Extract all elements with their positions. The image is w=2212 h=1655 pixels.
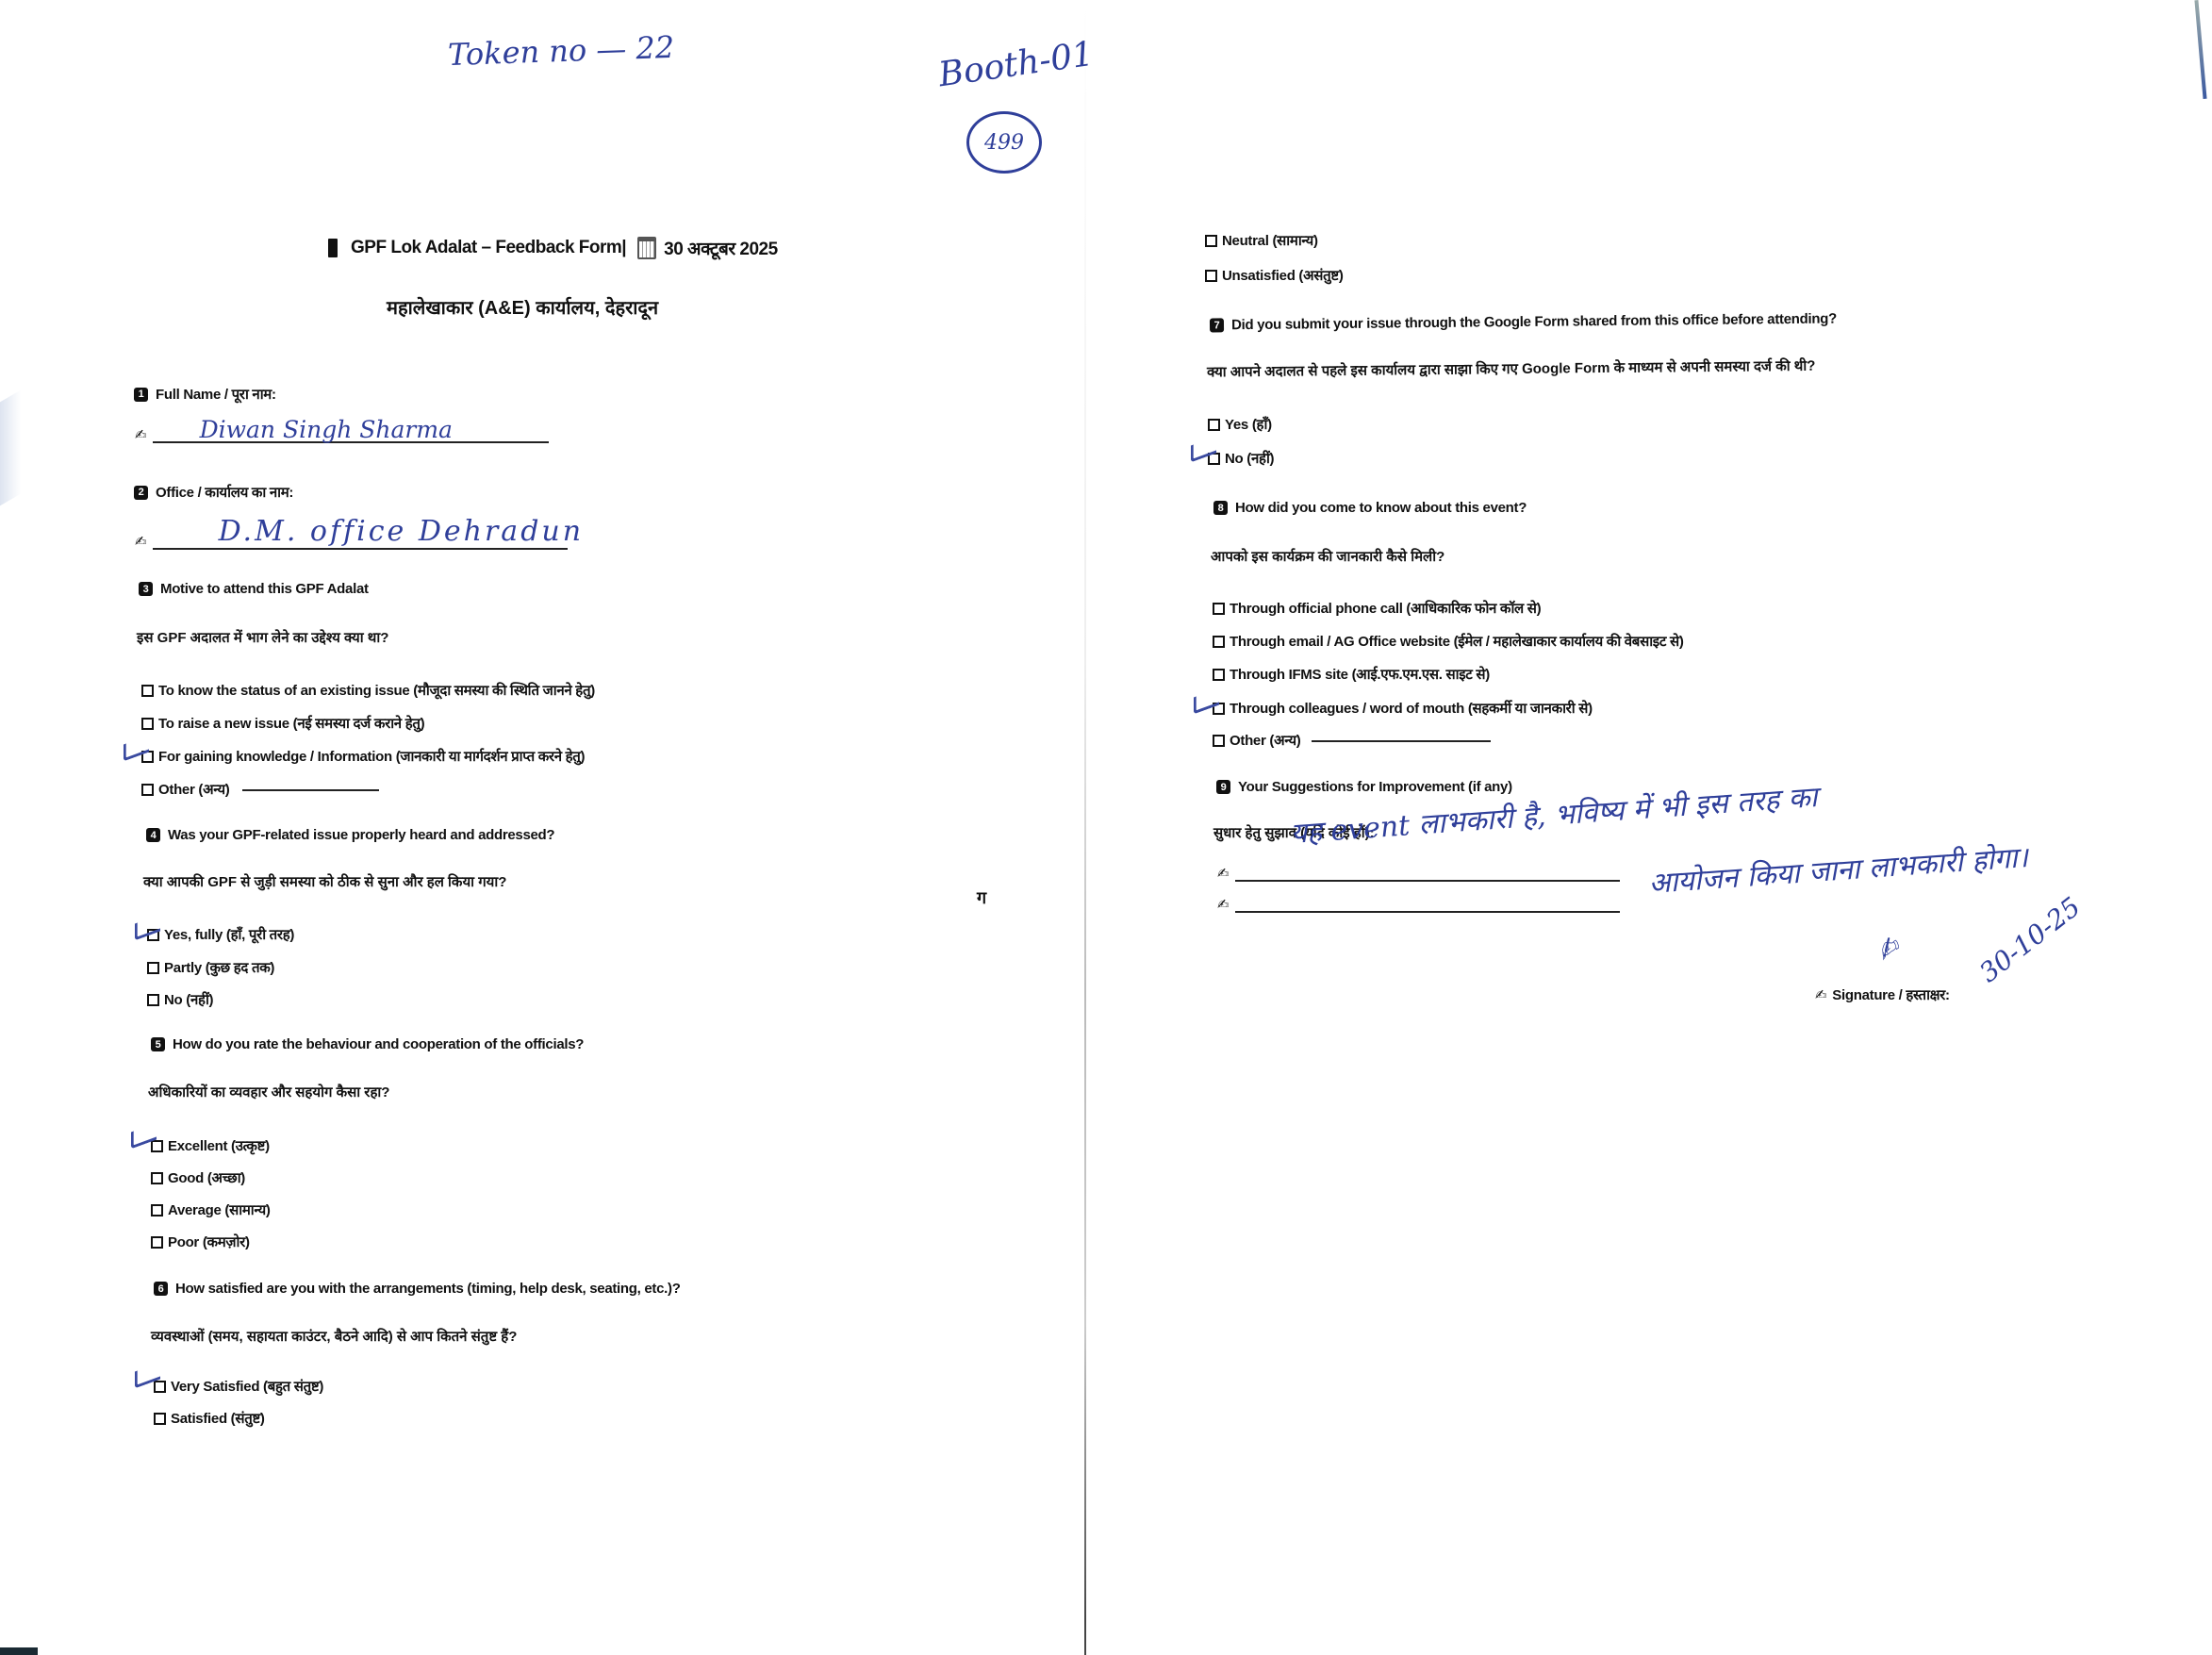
booth-number-circle: 499: [966, 111, 1042, 174]
option-label: Yes (हाँ): [1225, 415, 1272, 434]
option-label: Satisfied (संतुष्ट): [171, 1409, 265, 1428]
option-label: Other (अन्य): [1230, 731, 1300, 750]
option-label: Unsatisfied (असंतुष्ट): [1222, 266, 1344, 285]
checkbox[interactable]: [1205, 270, 1217, 282]
option-label: Through IFMS site (आई.एफ.एम.एस. साइट से): [1230, 665, 1490, 684]
q3-hindi: इस GPF अदालत में भाग लेने का उद्देश्य क्…: [137, 628, 388, 647]
office-field[interactable]: ✍ D.M. office Dehradun: [135, 533, 568, 550]
name-value: Diwan Singh Sharma: [200, 416, 453, 443]
q7-hindi: क्या आपने अदालत से पहले इस कार्यालय द्वा…: [1207, 356, 1816, 382]
q5-option-checked[interactable]: Excellent (उत्कृष्ट): [151, 1136, 270, 1155]
q8-option-checked[interactable]: Through colleagues / word of mouth (सहकर…: [1213, 699, 1593, 718]
q8-option[interactable]: Through official phone call (आधिकारिक फो…: [1213, 599, 1541, 618]
q7-option[interactable]: Yes (हाँ): [1208, 415, 1272, 434]
q3-option[interactable]: To raise a new issue (नई समस्या दर्ज करा…: [141, 714, 424, 733]
q8-number-badge: 8: [1213, 501, 1228, 515]
q1-number-badge: 1: [134, 388, 148, 402]
signature-label: Signature / हस्ताक्षर:: [1832, 985, 1949, 1004]
checkbox[interactable]: [151, 1236, 163, 1249]
option-label: Very Satisfied (बहुत संतुष्ट): [171, 1377, 323, 1396]
checkbox[interactable]: [1213, 735, 1225, 747]
q3-label: 3 Motive to attend this GPF Adalat: [139, 581, 369, 597]
option-label: To know the status of an existing issue …: [158, 681, 595, 700]
pen-icon: ✍: [1217, 896, 1230, 913]
token-number: Token no — 22: [447, 29, 674, 73]
q7-label: 7 Did you submit your issue through the …: [1210, 311, 1837, 334]
q6-option-checked[interactable]: Very Satisfied (बहुत संतुष्ट): [154, 1377, 323, 1396]
q6-label: 6 How satisfied are you with the arrange…: [154, 1281, 681, 1297]
q8-option[interactable]: Through IFMS site (आई.एफ.एम.एस. साइट से): [1213, 665, 1490, 684]
q5-text: How do you rate the behaviour and cooper…: [173, 1036, 584, 1052]
option-label: Through colleagues / word of mouth (सहकर…: [1230, 699, 1593, 718]
q6-option[interactable]: Unsatisfied (असंतुष्ट): [1205, 266, 1344, 285]
option-label: Other (अन्य): [158, 780, 229, 799]
booth-number: 499: [984, 131, 1024, 155]
checkbox[interactable]: [141, 718, 154, 730]
q3-text: Motive to attend this GPF Adalat: [160, 581, 369, 597]
q5-option[interactable]: Average (सामान्य): [151, 1200, 271, 1219]
q1-label: 1 Full Name / पूरा नाम:: [134, 385, 276, 404]
q3-number-badge: 3: [139, 582, 153, 596]
q4-text: Was your GPF-related issue properly hear…: [168, 827, 554, 843]
option-label: Yes, fully (हाँ, पूरी तरह): [164, 925, 294, 944]
q8-text: How did you come to know about this even…: [1235, 500, 1527, 516]
q9-number-badge: 9: [1216, 780, 1230, 794]
checkbox[interactable]: [1205, 235, 1217, 247]
book-icon: [328, 239, 338, 257]
q6-number-badge: 6: [154, 1282, 168, 1296]
option-label: No (नहीं): [164, 990, 213, 1009]
pen-icon: ✍: [135, 533, 147, 550]
suggestion-answer-line2: आयोजन किया जाना लाभकारी होगा।: [1647, 836, 2029, 902]
suggestion-field-1[interactable]: ✍: [1217, 865, 1620, 882]
q6-text: How satisfied are you with the arrangeme…: [175, 1281, 681, 1297]
q7-number-badge: 7: [1210, 318, 1224, 332]
q4-option[interactable]: Partly (कुछ हद तक): [147, 958, 274, 977]
q6-option[interactable]: Neutral (सामान्य): [1205, 231, 1318, 250]
q2-number-badge: 2: [134, 486, 148, 500]
form-title: GPF Lok Adalat – Feedback Form|: [351, 238, 626, 258]
option-label: To raise a new issue (नई समस्या दर्ज करा…: [158, 714, 424, 733]
other-line[interactable]: [242, 788, 379, 791]
option-label: Average (सामान्य): [168, 1200, 271, 1219]
option-label: For gaining knowledge / Information (जान…: [158, 747, 585, 766]
checkbox[interactable]: [1213, 603, 1225, 615]
office-heading: महालेखाकार (A&E) कार्यालय, देहरादून: [387, 294, 658, 320]
q9-label: 9 Your Suggestions for Improvement (if a…: [1216, 779, 1512, 795]
checkbox[interactable]: [1213, 636, 1225, 648]
pen-icon: ✍: [1815, 986, 1826, 1003]
q5-option[interactable]: Poor (कमज़ोर): [151, 1233, 250, 1251]
q8-option[interactable]: Through email / AG Office website (ईमेल …: [1213, 632, 1684, 651]
checkbox[interactable]: [151, 1204, 163, 1216]
q3-option[interactable]: To know the status of an existing issue …: [141, 681, 595, 700]
q4-option[interactable]: No (नहीं): [147, 990, 213, 1009]
checkbox[interactable]: [1208, 419, 1220, 431]
q4-label: 4 Was your GPF-related issue properly he…: [146, 827, 554, 843]
calendar-icon: [637, 237, 656, 259]
q4-option-checked[interactable]: Yes, fully (हाँ, पूरी तरह): [147, 925, 294, 944]
q8-hindi: आपको इस कार्यक्रम की जानकारी कैसे मिली?: [1211, 547, 1444, 566]
option-label: Through official phone call (आधिकारिक फो…: [1230, 599, 1541, 618]
stray-mark: ग: [977, 886, 986, 909]
checkbox[interactable]: [151, 1172, 163, 1184]
q9-text: Your Suggestions for Improvement (if any…: [1238, 779, 1512, 795]
option-label: No (नहीं): [1225, 449, 1274, 468]
checkbox[interactable]: [147, 994, 159, 1006]
q3-option-other[interactable]: Other (अन्य): [141, 780, 379, 799]
page-edge-mark: [2194, 0, 2206, 99]
q2-label: 2 Office / कार्यालय का नाम:: [134, 483, 293, 502]
option-label: Good (अच्छा): [168, 1168, 245, 1187]
signature-label-row: ✍ Signature / हस्ताक्षर:: [1815, 985, 1950, 1004]
office-value: D.M. office Dehradun: [219, 515, 584, 548]
pen-icon: ✍: [1217, 865, 1230, 882]
form-date: 30 अक्टूबर 2025: [664, 236, 778, 260]
checkbox[interactable]: [1213, 669, 1225, 681]
checkbox[interactable]: [141, 784, 154, 796]
option-label: Poor (कमज़ोर): [168, 1233, 250, 1251]
q4-hindi: क्या आपकी GPF से जुड़ी समस्या को ठीक से …: [143, 872, 506, 891]
pen-icon: ✍: [135, 426, 147, 443]
q4-number-badge: 4: [146, 828, 160, 842]
name-field[interactable]: ✍ Diwan Singh Sharma: [135, 426, 549, 443]
signature-scribble: ✍︎: [1870, 930, 1906, 968]
q5-number-badge: 5: [151, 1037, 165, 1051]
option-label: Partly (कुछ हद तक): [164, 958, 274, 977]
page-gutter: [1084, 0, 1086, 1655]
signature-date: 30-10-25: [1973, 891, 2086, 988]
q3-option-checked[interactable]: For gaining knowledge / Information (जान…: [141, 747, 585, 766]
q5-label: 5 How do you rate the behaviour and coop…: [151, 1036, 584, 1052]
checkbox[interactable]: [154, 1413, 166, 1425]
q8-label: 8 How did you come to know about this ev…: [1213, 500, 1527, 516]
option-label: Neutral (सामान्य): [1222, 231, 1318, 250]
q6-option[interactable]: Satisfied (संतुष्ट): [154, 1409, 265, 1428]
q1-text: Full Name / पूरा नाम:: [156, 385, 276, 404]
q5-option[interactable]: Good (अच्छा): [151, 1168, 245, 1187]
checkbox[interactable]: [147, 962, 159, 974]
suggestion-field-2[interactable]: ✍: [1217, 896, 1620, 913]
form-header: GPF Lok Adalat – Feedback Form| 30 अक्टू…: [328, 236, 778, 260]
page-shadow: [0, 390, 21, 506]
checkbox[interactable]: [141, 685, 154, 697]
option-label: Excellent (उत्कृष्ट): [168, 1136, 270, 1155]
q7-text: Did you submit your issue through the Go…: [1231, 311, 1837, 334]
q2-text: Office / कार्यालय का नाम:: [156, 483, 293, 502]
q6-hindi: व्यवस्थाओं (समय, सहायता काउंटर, बैठने आद…: [151, 1327, 517, 1346]
checkbox[interactable]: [154, 1381, 166, 1393]
q7-option-checked[interactable]: No (नहीं): [1208, 449, 1274, 468]
other-line[interactable]: [1312, 739, 1491, 742]
booth-label: Booth-01: [936, 35, 1097, 95]
q5-hindi: अधिकारियों का व्यवहार और सहयोग कैसा रहा?: [148, 1083, 389, 1101]
checkbox[interactable]: [151, 1140, 163, 1152]
option-label: Through email / AG Office website (ईमेल …: [1230, 632, 1684, 651]
q8-option-other[interactable]: Other (अन्य): [1213, 731, 1491, 750]
scan-edge: [0, 1647, 38, 1655]
